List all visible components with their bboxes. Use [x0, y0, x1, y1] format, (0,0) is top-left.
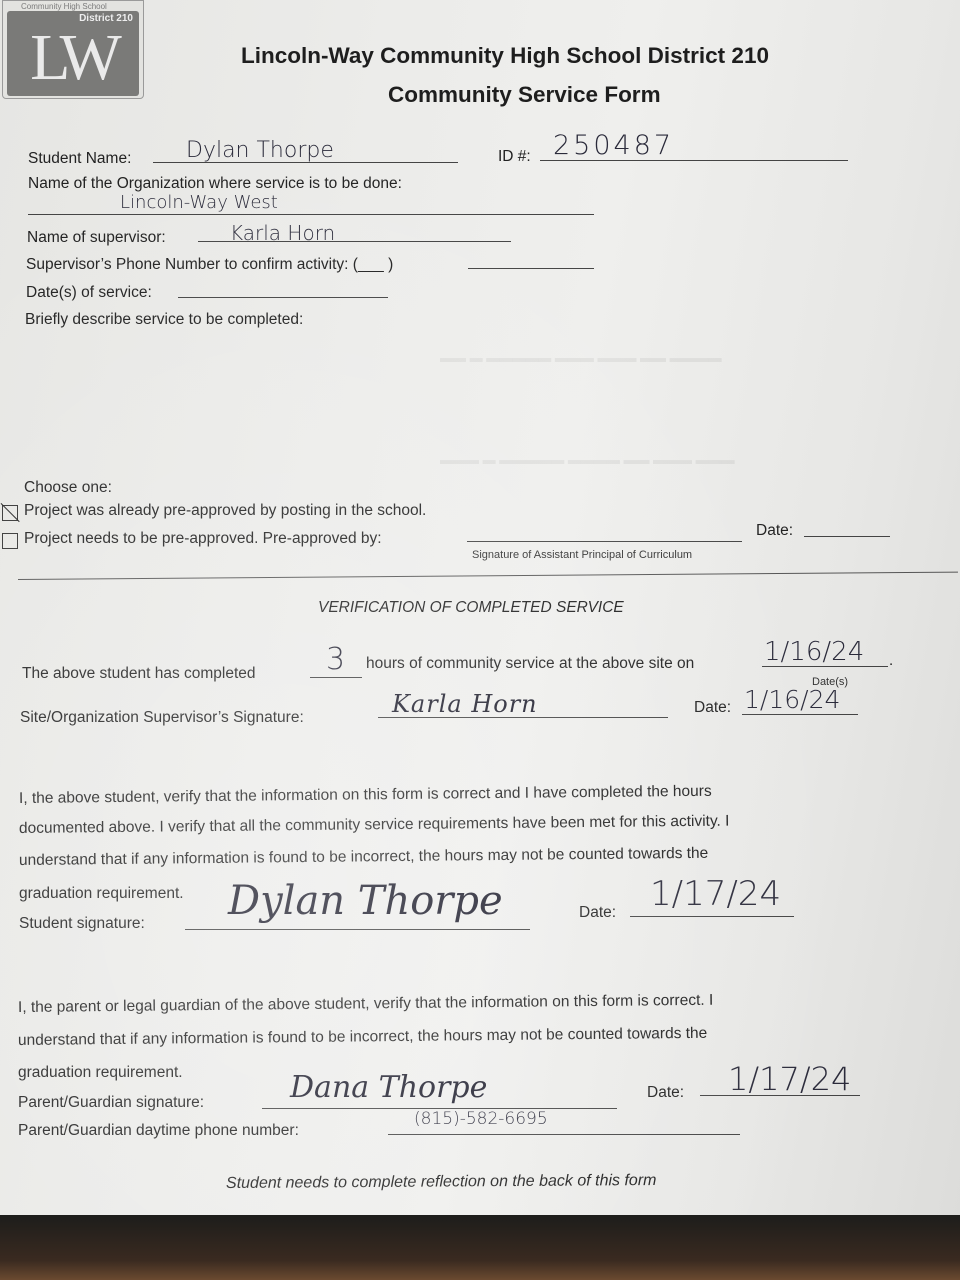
pre-approved-checkbox[interactable]	[2, 505, 18, 521]
table-surface	[0, 1215, 960, 1280]
bleed-through-text: ▬▬▬ ▬ ▬▬▬▬▬ ▬▬▬▬ ▬▬ ▬▬▬ ▬▬▬	[440, 452, 735, 467]
period-glyph: .	[889, 652, 893, 669]
parent-signature-field[interactable]: Dana Thorpe	[290, 1070, 487, 1105]
supervisor-date-line	[742, 714, 858, 715]
pre-approved-option-label: Project was already pre-approved by post…	[24, 502, 426, 520]
student-statement-line-2: documented above. I verify that all the …	[19, 813, 730, 838]
student-date-line	[630, 916, 794, 917]
student-statement-line-1: I, the above student, verify that the in…	[19, 783, 712, 808]
hours-prefix-text: The above student has completed	[22, 665, 256, 683]
student-signature-field[interactable]: Dylan Thorpe	[228, 878, 503, 924]
parent-statement-line-2: understand that if any information is fo…	[18, 1025, 707, 1050]
student-name-label: Student Name:	[28, 150, 131, 168]
hours-line	[310, 677, 362, 678]
approver-signature-caption: Signature of Assistant Principal of Curr…	[472, 549, 692, 561]
supervisor-field[interactable]: Karla Horn	[230, 221, 335, 245]
form-title-district: Lincoln-Way Community High School Distri…	[241, 43, 769, 69]
parent-signature-line	[262, 1108, 617, 1109]
choose-one-label: Choose one:	[24, 479, 112, 497]
form-paper: Community High School District 210 LW Li…	[0, 0, 960, 1262]
student-name-field[interactable]: Dylan Thorpe	[186, 138, 334, 163]
student-name-line	[153, 162, 458, 163]
parent-statement-line-3: graduation requirement.	[18, 1064, 183, 1082]
hours-suffix-text: hours of community service at the above …	[366, 655, 694, 673]
verification-heading: VERIFICATION OF COMPLETED SERVICE	[318, 599, 624, 617]
approver-signature-line[interactable]	[467, 541, 742, 542]
approval-date-label: Date:	[756, 522, 793, 540]
supervisor-phone-line[interactable]	[468, 268, 594, 269]
supervisor-signature-field[interactable]: Karla Horn	[392, 690, 538, 718]
logo-top-text: Community High School	[21, 2, 107, 11]
id-line	[540, 160, 848, 161]
supervisor-signature-line	[378, 717, 668, 718]
logo-district: District 210	[79, 13, 133, 24]
parent-date-field[interactable]: 1/17/24	[728, 1060, 851, 1098]
parent-date-line	[700, 1095, 860, 1096]
student-signature-line	[185, 929, 530, 930]
parent-date-label: Date:	[647, 1084, 684, 1102]
supervisor-date-field[interactable]: 1/16/24	[744, 685, 840, 714]
footer-reflection-note: Student needs to complete reflection on …	[226, 1172, 657, 1193]
organization-line	[28, 214, 594, 215]
district-logo: Community High School District 210 LW	[2, 0, 144, 99]
needs-approval-checkbox[interactable]	[2, 533, 18, 549]
dates-caption: Date(s)	[812, 676, 848, 688]
supervisor-signature-label: Site/Organization Supervisor’s Signature…	[20, 709, 304, 727]
parent-signature-label: Parent/Guardian signature:	[18, 1094, 204, 1112]
student-date-label: Date:	[579, 904, 616, 922]
supervisor-line	[198, 241, 511, 242]
parent-phone-line	[388, 1134, 740, 1135]
section-divider	[18, 572, 958, 580]
description-label: Briefly describe service to be completed…	[25, 311, 303, 329]
dates-of-service-line[interactable]	[178, 297, 388, 298]
parent-phone-label: Parent/Guardian daytime phone number:	[18, 1122, 299, 1140]
approval-date-line[interactable]	[804, 536, 890, 537]
id-label: ID #:	[498, 148, 531, 166]
supervisor-label: Name of supervisor:	[27, 229, 166, 247]
logo-monogram: LW	[7, 23, 139, 93]
logo-band: District 210 LW	[7, 11, 139, 96]
form-title: Community Service Form	[388, 82, 661, 108]
hours-field[interactable]: 3	[326, 642, 345, 677]
bleed-through-text: ▬▬ ▬ ▬▬▬▬▬ ▬▬▬ ▬▬▬ ▬▬ ▬▬▬▬	[440, 350, 722, 365]
service-date-field[interactable]: 1/16/24	[764, 637, 864, 667]
supervisor-phone-label: Supervisor’s Phone Number to confirm act…	[26, 256, 393, 274]
supervisor-date-label: Date:	[694, 699, 731, 717]
parent-statement-line-1: I, the parent or legal guardian of the a…	[18, 992, 713, 1017]
organization-field[interactable]: Lincoln-Way West	[120, 192, 278, 213]
id-field[interactable]: 250487	[553, 130, 674, 161]
dates-of-service-label: Date(s) of service:	[26, 284, 152, 302]
student-signature-label: Student signature:	[19, 915, 145, 933]
service-date-line	[762, 666, 888, 667]
organization-label: Name of the Organization where service i…	[28, 175, 402, 193]
student-statement-line-4: graduation requirement.	[19, 885, 184, 903]
student-date-field[interactable]: 1/17/24	[650, 874, 781, 914]
student-statement-line-3: understand that if any information is fo…	[19, 845, 708, 870]
needs-approval-option-label: Project needs to be pre-approved. Pre-ap…	[24, 530, 382, 548]
parent-phone-field[interactable]: (815)-582-6695	[414, 1109, 548, 1129]
